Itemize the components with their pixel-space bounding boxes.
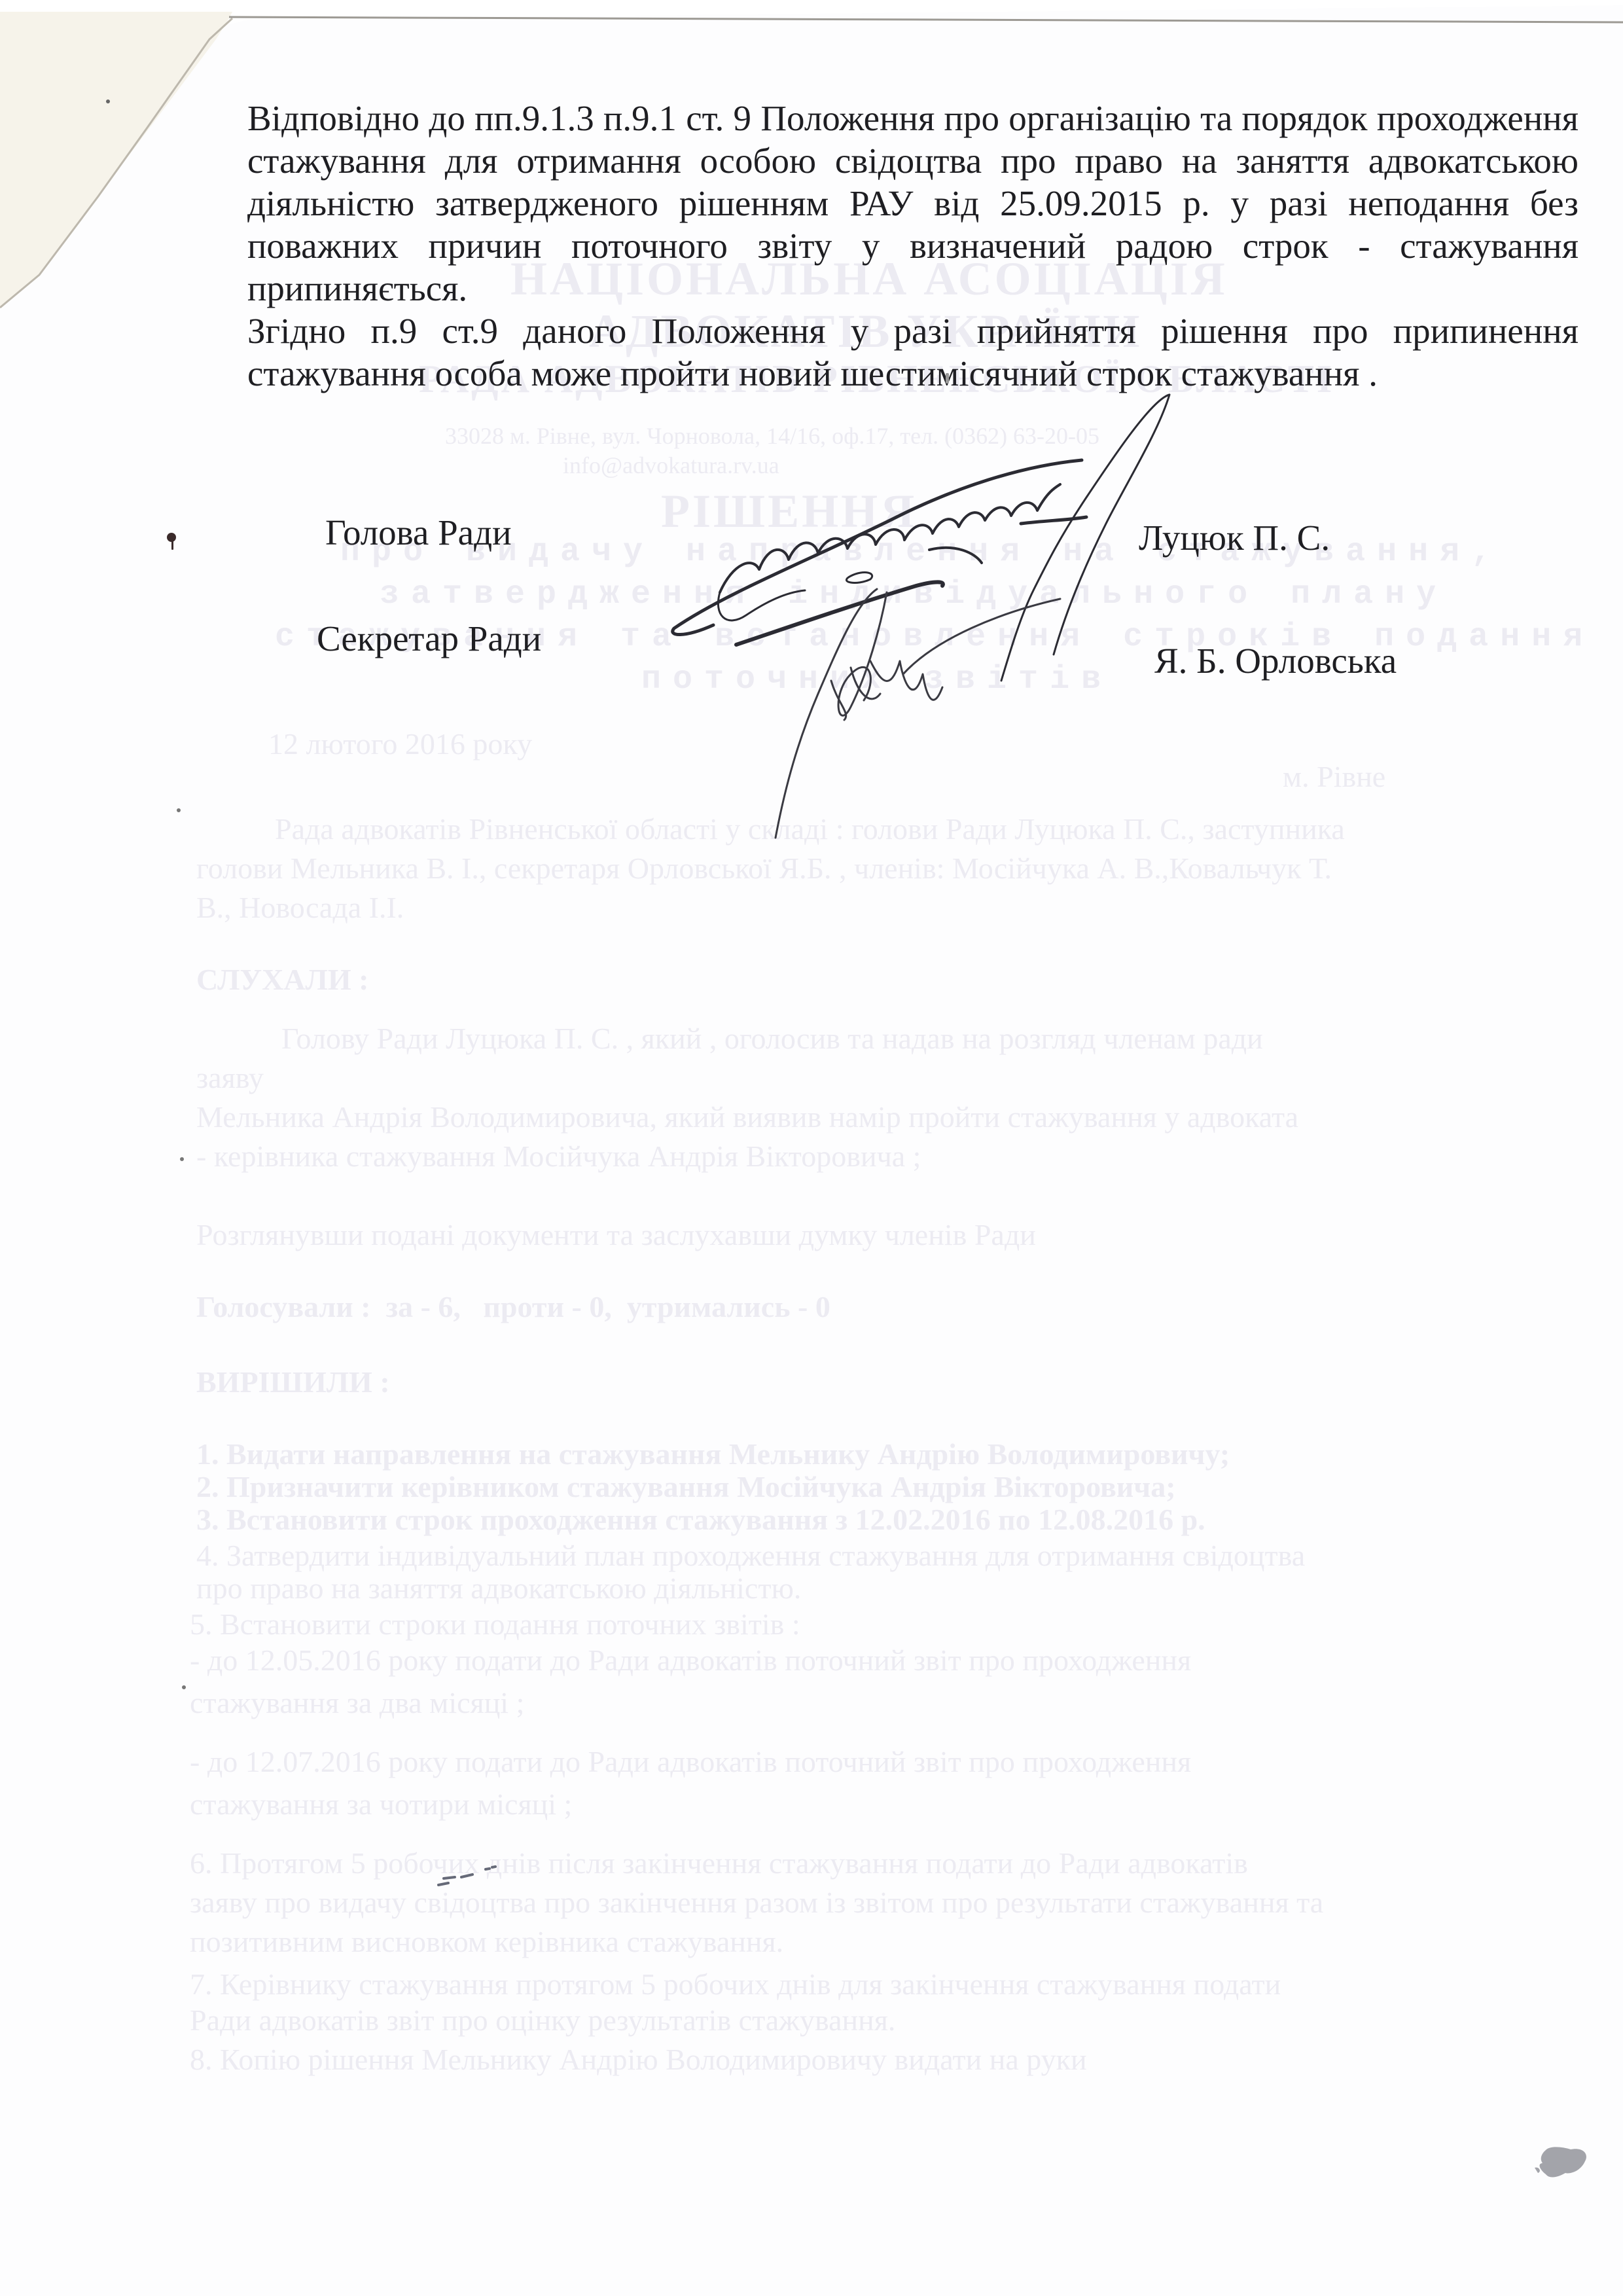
show-through-line: Рада адвокатів Рівненської області у скл…	[275, 812, 1345, 846]
show-through-line: СЛУХАЛИ :	[196, 962, 368, 997]
show-through-line: - до 12.07.2016 року подати до Ради адво…	[190, 1744, 1191, 1779]
show-through-line: позитивним висновком керівника стажуванн…	[190, 1924, 783, 1959]
show-through-line: 7. Керівнику стажування протягом 5 робоч…	[190, 1967, 1281, 2001]
show-through-line: заяву про видачу свідоцтва про закінченн…	[190, 1885, 1323, 1920]
ink-speck	[171, 541, 173, 550]
show-through-line: В., Новосада І.І.	[196, 890, 404, 925]
show-through-line: Голову Ради Луцюка П. С. , який , оголос…	[281, 1021, 1263, 1056]
show-through-line: м. Рівне	[1283, 759, 1385, 794]
show-through-line: 6. Протягом 5 робочих днів після закінче…	[190, 1846, 1248, 1880]
show-through-line: поточних звітів	[641, 661, 1113, 698]
ink-speck	[182, 1685, 186, 1689]
signatory-name-secretary: Я. Б. Орловська	[1154, 640, 1397, 681]
show-through-line: 33028 м. Рівне, вул. Чорновола, 14/16, о…	[445, 422, 1099, 450]
show-through-line: РІШЕННЯ	[661, 484, 917, 539]
ink-speck	[177, 808, 181, 812]
ink-speck	[946, 373, 949, 384]
ink-speck	[180, 1157, 184, 1161]
show-through-line: 5. Встановити строки подання поточних зв…	[190, 1607, 800, 1641]
signatory-role-chair: Голова Ради	[325, 512, 512, 553]
show-through-line: голови Мельника В. І., секретаря Орловсь…	[196, 851, 1332, 886]
show-through-line: 4. Затвердити індивідуальний план проход…	[196, 1538, 1305, 1573]
show-through-line: 1. Видати направлення на стажування Мель…	[196, 1437, 1230, 1471]
show-through-line: Ради адвокатів звіт про оцінку результат…	[190, 2003, 895, 2037]
signature-secretary	[776, 589, 1060, 838]
signatory-role-secretary: Секретар Ради	[317, 618, 541, 659]
document-body: Відповідно до пп.9.1.3 п.9.1 ст. 9 Полож…	[247, 97, 1578, 395]
show-through-line: стажування за два місяці ;	[190, 1685, 524, 1720]
signature-chair	[673, 395, 1169, 681]
show-through-line: 8. Копію рішення Мельнику Андрію Володим…	[190, 2042, 1087, 2077]
show-through-line: затвердження індивідуального плану	[380, 576, 1448, 613]
show-through-line: стажування за чотири місяці ;	[190, 1787, 572, 1821]
show-through-line: заяву	[196, 1060, 264, 1095]
show-through-line: 2. Призначити керівником стажування Мосі…	[196, 1469, 1176, 1504]
stain-blotch	[1535, 2147, 1586, 2177]
signatory-name-chair: Луцюк П. С.	[1139, 517, 1330, 558]
show-through-line: - до 12.05.2016 року подати до Ради адво…	[190, 1643, 1191, 1677]
show-through-line: Мельника Андрія Володимировича, який вия…	[196, 1100, 1298, 1134]
show-through-line: про право на заняття адвокатською діяльн…	[196, 1571, 801, 1605]
paragraph-new-internship-term: Згідно п.9 ст.9 даного Положення у разі …	[247, 310, 1578, 395]
show-through-line: Голосували : за - 6, проти - 0, утримали…	[196, 1289, 830, 1324]
show-through-line: 12 лютого 2016 року	[268, 726, 532, 761]
show-through-line: ВИРІШИЛИ :	[196, 1365, 390, 1399]
show-through-line: - керівника стажування Мосійчука Андрія …	[196, 1139, 921, 1174]
show-through-line: info@advokatura.rv.ua	[563, 452, 779, 479]
show-through-line: 3. Встановити строк проходження стажуван…	[196, 1502, 1205, 1537]
show-through-line: Розглянувши подані документи та заслухав…	[196, 1217, 1036, 1252]
paragraph-internship-termination-rule: Відповідно до пп.9.1.3 п.9.1 ст. 9 Полож…	[247, 97, 1578, 310]
